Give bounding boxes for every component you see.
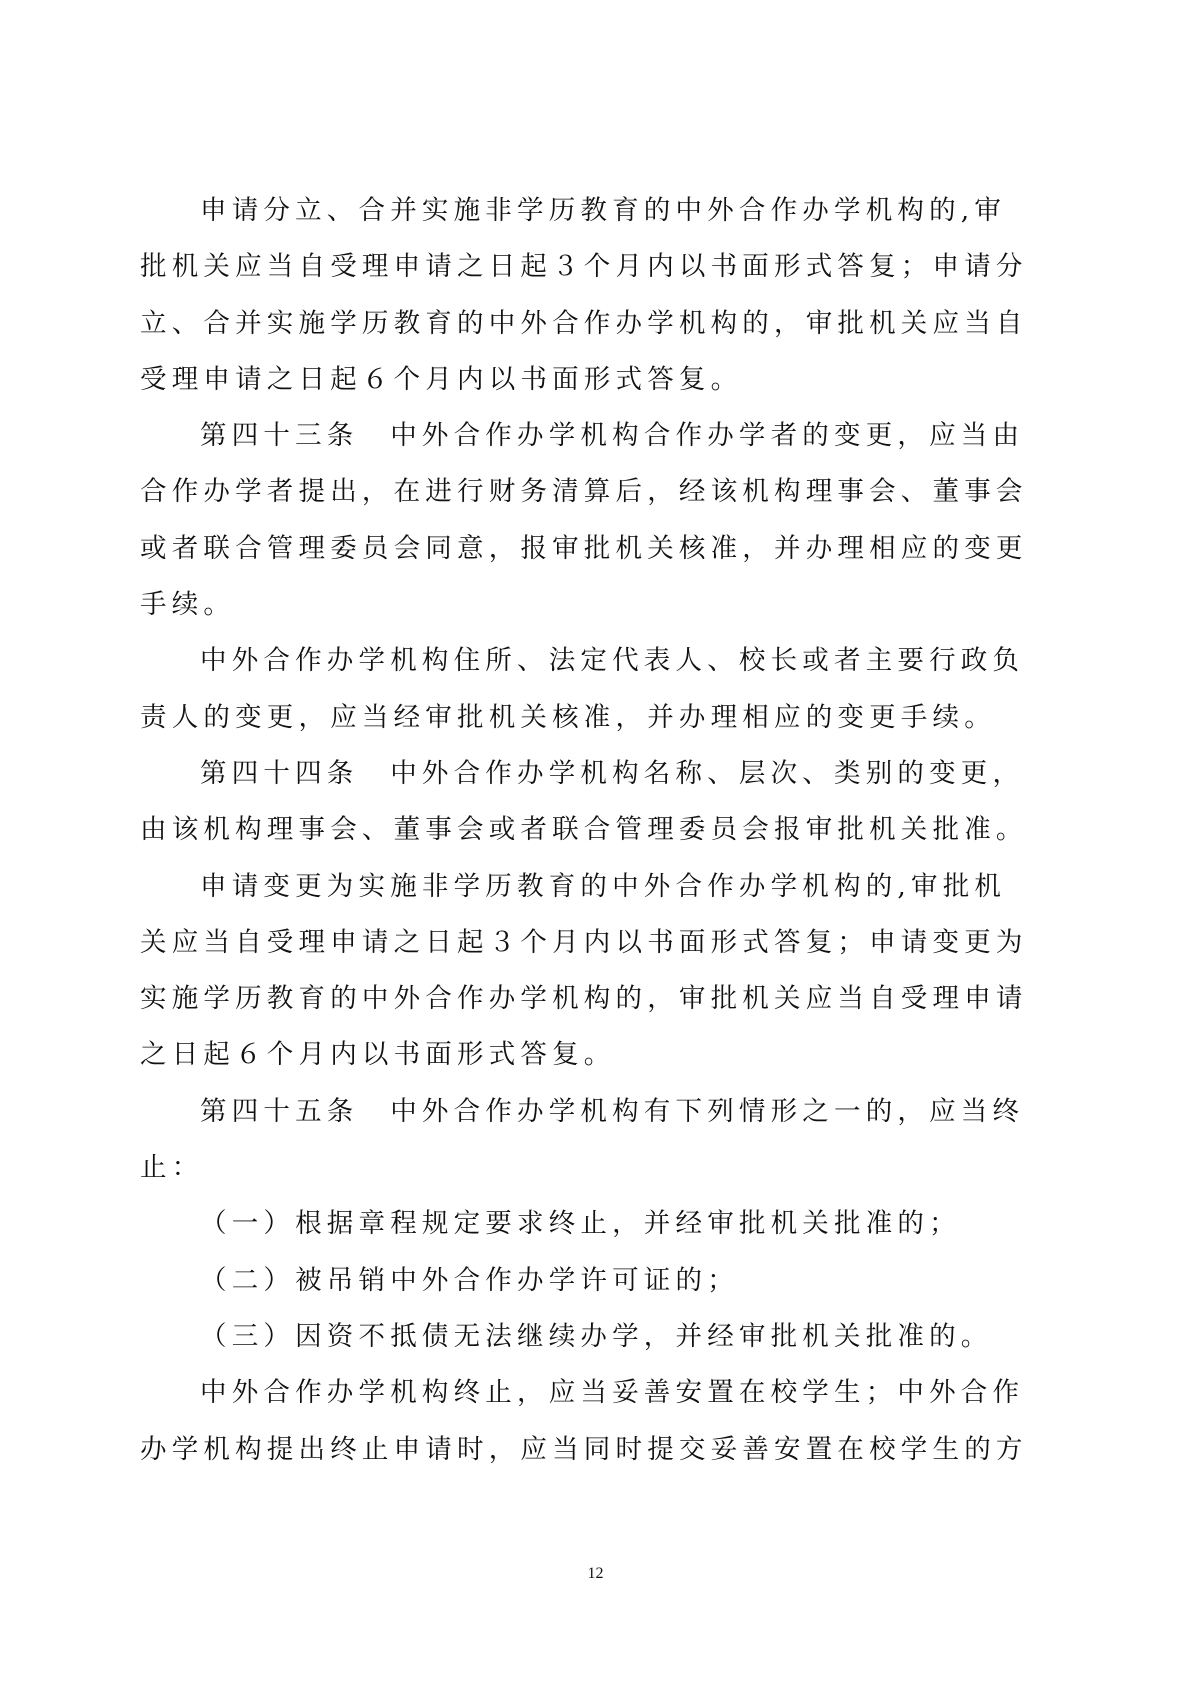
- list-item-2: （二）被吊销中外合作办学许可证的；: [140, 1253, 1046, 1309]
- text-line: 中外合作办学机构住所、法定代表人、校长或者主要行政负: [140, 633, 1046, 689]
- text-line: 或者联合管理委员会同意，报审批机关核准，并办理相应的变更: [140, 521, 1046, 577]
- document-page: 申请分立、合并实施非学历教育的中外合作办学机构的,审 批机关应当自受理申请之日起…: [0, 0, 1191, 1684]
- list-item-3: （三）因资不抵债无法继续办学，并经审批机关批准的。: [140, 1309, 1046, 1365]
- text-line: 合作办学者提出，在进行财务清算后，经该机构理事会、董事会: [140, 464, 1046, 520]
- text-line: 责人的变更，应当经审批机关核准，并办理相应的变更手续。: [140, 690, 1046, 746]
- body-text: 申请分立、合并实施非学历教育的中外合作办学机构的,审 批机关应当自受理申请之日起…: [140, 183, 1046, 1478]
- text-line: 之日起６个月内以书面形式答复。: [140, 1027, 1046, 1083]
- text-line: 关应当自受理申请之日起３个月内以书面形式答复；申请变更为: [140, 915, 1046, 971]
- text-line: 由该机构理事会、董事会或者联合管理委员会报审批机关批准。: [140, 802, 1046, 858]
- page-number: 12: [0, 1565, 1191, 1583]
- text-line: 申请分立、合并实施非学历教育的中外合作办学机构的,审: [140, 183, 1046, 239]
- text-line: 中外合作办学机构终止，应当妥善安置在校学生；中外合作: [140, 1365, 1046, 1421]
- article-45-heading-line: 第四十五条 中外合作办学机构有下列情形之一的，应当终: [140, 1084, 1046, 1140]
- text-line: 受理申请之日起６个月内以书面形式答复。: [140, 352, 1046, 408]
- text-line: 手续。: [140, 577, 1046, 633]
- text-line: 实施学历教育的中外合作办学机构的，审批机关应当自受理申请: [140, 971, 1046, 1027]
- list-item-1: （一）根据章程规定要求终止，并经审批机关批准的；: [140, 1196, 1046, 1252]
- text-line: 批机关应当自受理申请之日起３个月内以书面形式答复；申请分: [140, 239, 1046, 295]
- text-line: 止：: [140, 1140, 1046, 1196]
- article-43-heading-line: 第四十三条 中外合作办学机构合作办学者的变更，应当由: [140, 408, 1046, 464]
- text-line: 申请变更为实施非学历教育的中外合作办学机构的,审批机: [140, 859, 1046, 915]
- article-44-heading-line: 第四十四条 中外合作办学机构名称、层次、类别的变更，: [140, 746, 1046, 802]
- text-line: 立、合并实施学历教育的中外合作办学机构的，审批机关应当自: [140, 296, 1046, 352]
- text-line: 办学机构提出终止申请时，应当同时提交妥善安置在校学生的方: [140, 1422, 1046, 1478]
